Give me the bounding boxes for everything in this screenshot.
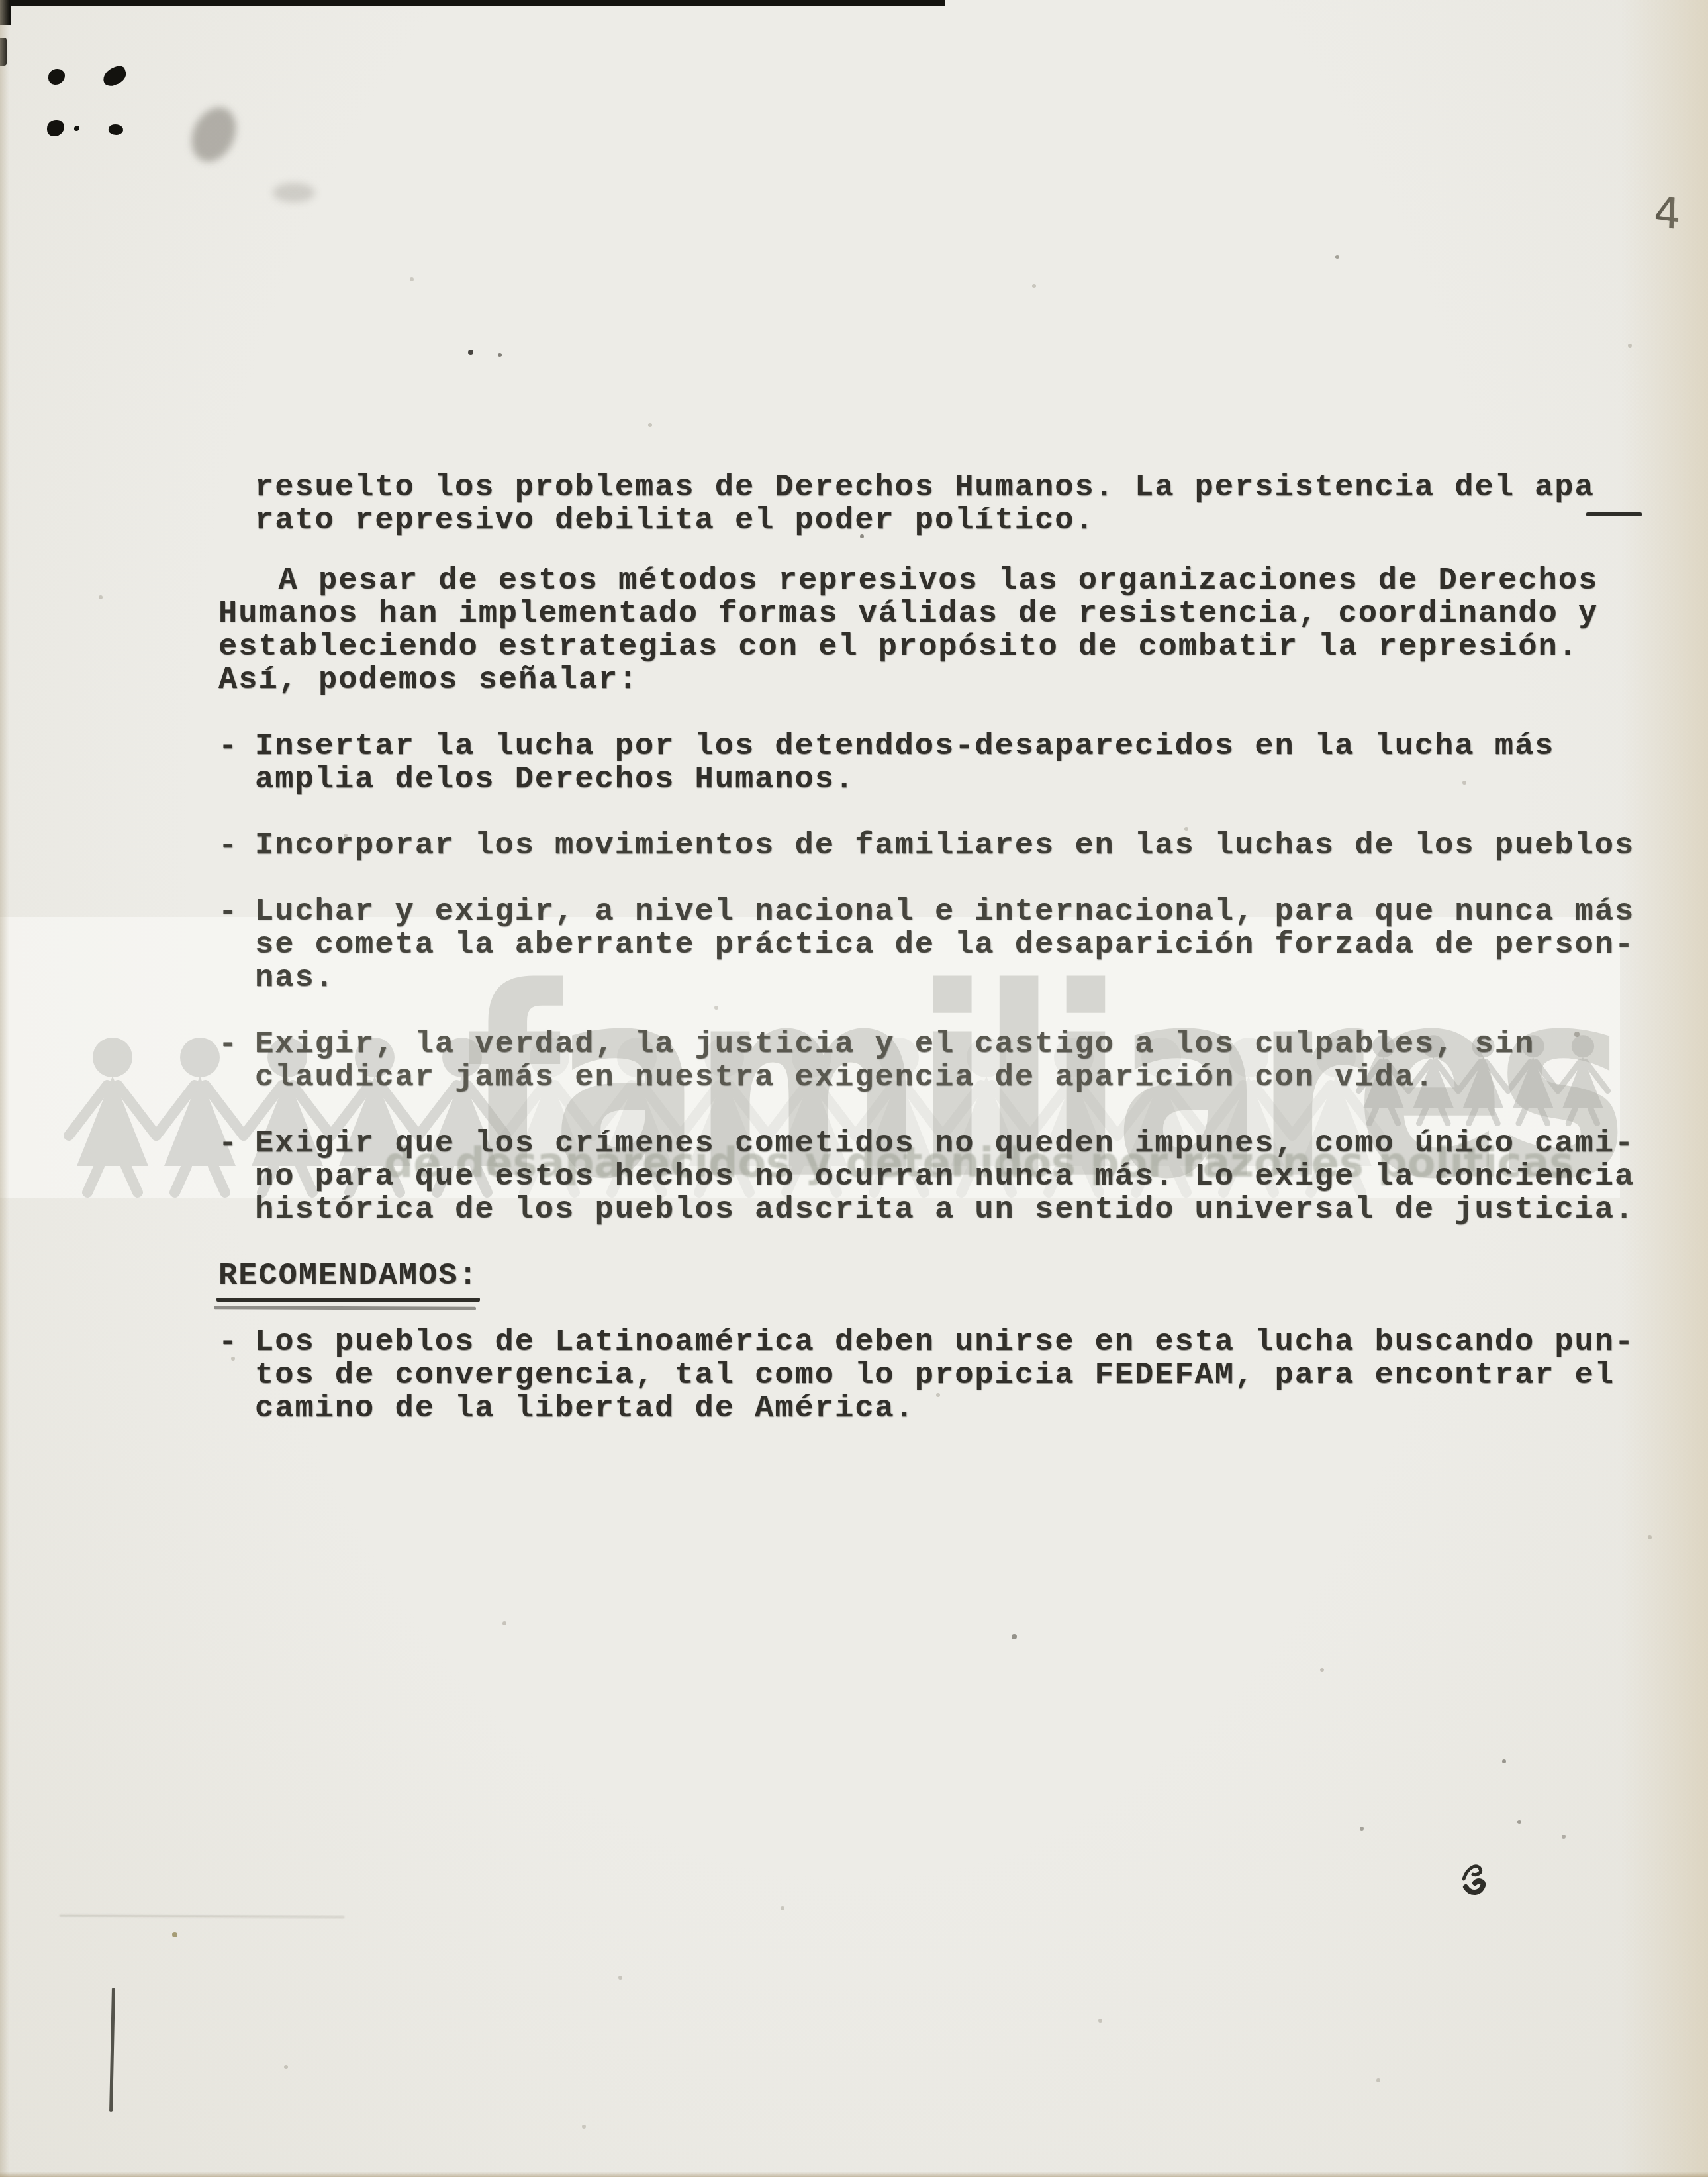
bullet-item: -Incorporar los movimientos de familiare… (218, 830, 1682, 863)
heading-underline (216, 1298, 480, 1302)
text-line: se cometa la aberrante práctica de la de… (255, 929, 1635, 962)
text-line: nas. (255, 962, 1635, 995)
text-line: Exigir que los crímenes cometidos no que… (255, 1128, 1635, 1161)
text-line: histórica de los pueblos adscrita a un s… (255, 1194, 1635, 1227)
paper-edge-bottom (0, 2172, 1708, 2177)
bullet-dash: - (218, 730, 255, 763)
ink-squiggle (1453, 1853, 1495, 1902)
text-line: Luchar y exigir, a nivel nacional e inte… (255, 896, 1635, 929)
text-line: rato represivo debilita el poder polític… (255, 505, 1682, 538)
text-line: A pesar de estos métodos represivos las … (218, 565, 1682, 598)
bullet-item: -Exigir que los crímenes cometidos no qu… (218, 1128, 1682, 1227)
bullet-item: -Exigir, la verdad, la justicia y el cas… (218, 1028, 1682, 1094)
bullet-dash: - (218, 1128, 255, 1161)
bullet-item: -Los pueblos de Latinoamérica deben unir… (218, 1326, 1682, 1426)
text-line: Incorporar los movimientos de familiares… (255, 830, 1635, 863)
text-line: tos de convergencia, tal como lo propici… (255, 1359, 1635, 1392)
text-line: Exigir, la verdad, la justicia y el cast… (255, 1028, 1535, 1061)
text-line: resuelto los problemas de Derechos Human… (255, 471, 1682, 505)
document-body: resuelto los problemas de Derechos Human… (218, 471, 1682, 1459)
paper-edge-left (0, 0, 9, 2177)
bullet-dash: - (218, 830, 255, 863)
paper-edge-right (1621, 0, 1708, 2177)
bullet-item: -Luchar y exigir, a nivel nacional e int… (218, 896, 1682, 995)
text-line: estableciendo estrategias con el propósi… (218, 631, 1682, 664)
bullet-dash: - (218, 1326, 255, 1359)
text-line: Insertar la lucha por los detenddos-desa… (255, 730, 1554, 763)
paragraph: A pesar de estos métodos represivos las … (218, 565, 1682, 697)
text-line: camino de la libertad de América. (255, 1392, 1635, 1426)
paper-speckles (0, 0, 3, 3)
bullet-item: -Insertar la lucha por los detenddos-des… (218, 730, 1682, 797)
hyphenation-underline (1586, 512, 1642, 516)
bullet-dash: - (218, 1028, 255, 1061)
text-line: Así, podemos señalar: (218, 664, 1682, 697)
paragraph: resuelto los problemas de Derechos Human… (218, 471, 1682, 538)
text-line: Humanos han implementado formas válidas … (218, 598, 1682, 631)
text-line: Los pueblos de Latinoamérica deben unirs… (255, 1326, 1635, 1359)
pencil-smudge (273, 183, 315, 203)
section-heading: RECOMENDAMOS: (218, 1260, 1682, 1293)
scan-edge-top (10, 0, 945, 6)
text-line: no para que estos hechos no ocurran nunc… (255, 1161, 1635, 1194)
bullet-dash: - (218, 896, 255, 929)
text-line: RECOMENDAMOS: (218, 1260, 1682, 1293)
text-line: amplia delos Derechos Humanos. (255, 763, 1554, 797)
text-line: claudicar jamás en nuestra exigencia de … (255, 1061, 1535, 1094)
